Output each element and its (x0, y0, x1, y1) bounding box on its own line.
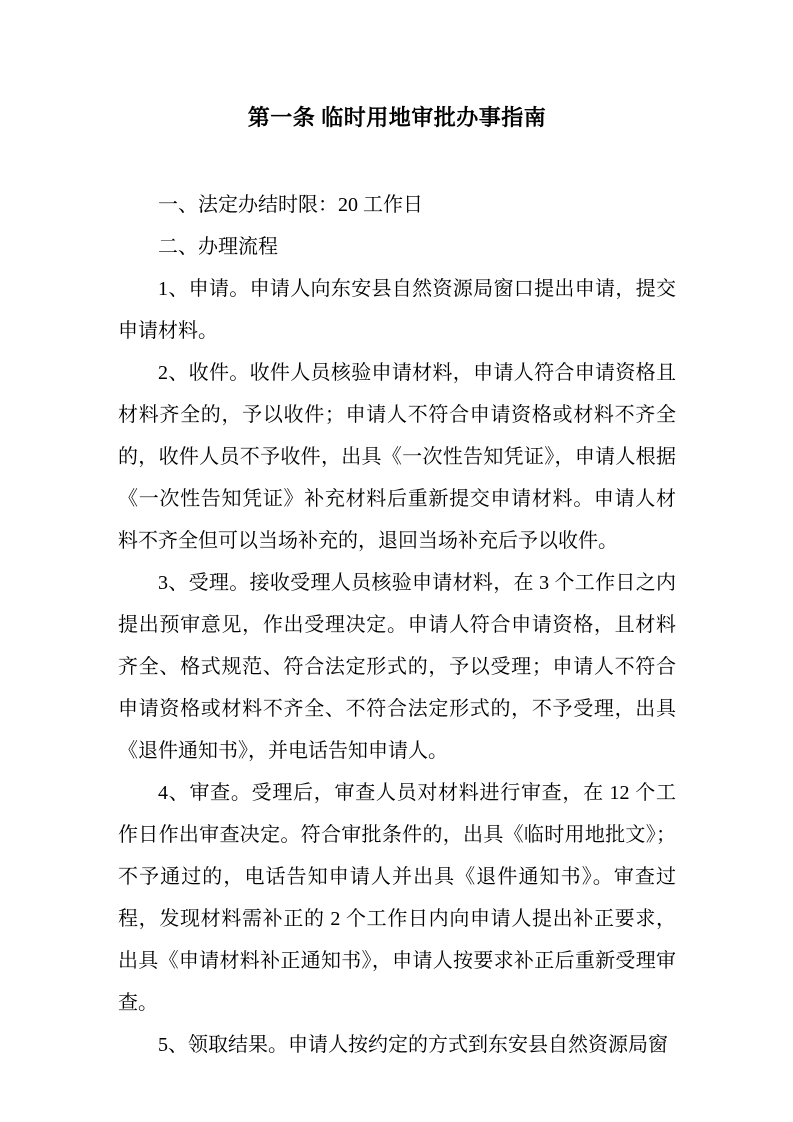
paragraph-legal-time-limit: 一、法定办结时限：20 工作日 (118, 184, 676, 226)
paragraph-step-1-apply: 1、申请。申请人向东安县自然资源局窗口提出申请，提交申请材料。 (118, 268, 676, 352)
document-title: 第一条 临时用地审批办事指南 (118, 96, 676, 140)
paragraph-step-5-collect-result: 5、领取结果。申请人按约定的方式到东安县自然资源局窗 (118, 1024, 676, 1066)
paragraph-step-2-receive: 2、收件。收件人员核验申请材料，申请人符合申请资格且材料齐全的，予以收件；申请人… (118, 352, 676, 562)
blank-line (118, 140, 676, 184)
paragraph-process-heading: 二、办理流程 (118, 226, 676, 268)
document-page: 第一条 临时用地审批办事指南 一、法定办结时限：20 工作日 二、办理流程 1、… (0, 0, 793, 1122)
paragraph-step-4-review: 4、审查。受理后，审查人员对材料进行审查，在 12 个工作日作出审查决定。符合审… (118, 772, 676, 1024)
paragraph-step-3-accept: 3、受理。接收受理人员核验申请材料，在 3 个工作日之内提出预审意见，作出受理决… (118, 562, 676, 772)
